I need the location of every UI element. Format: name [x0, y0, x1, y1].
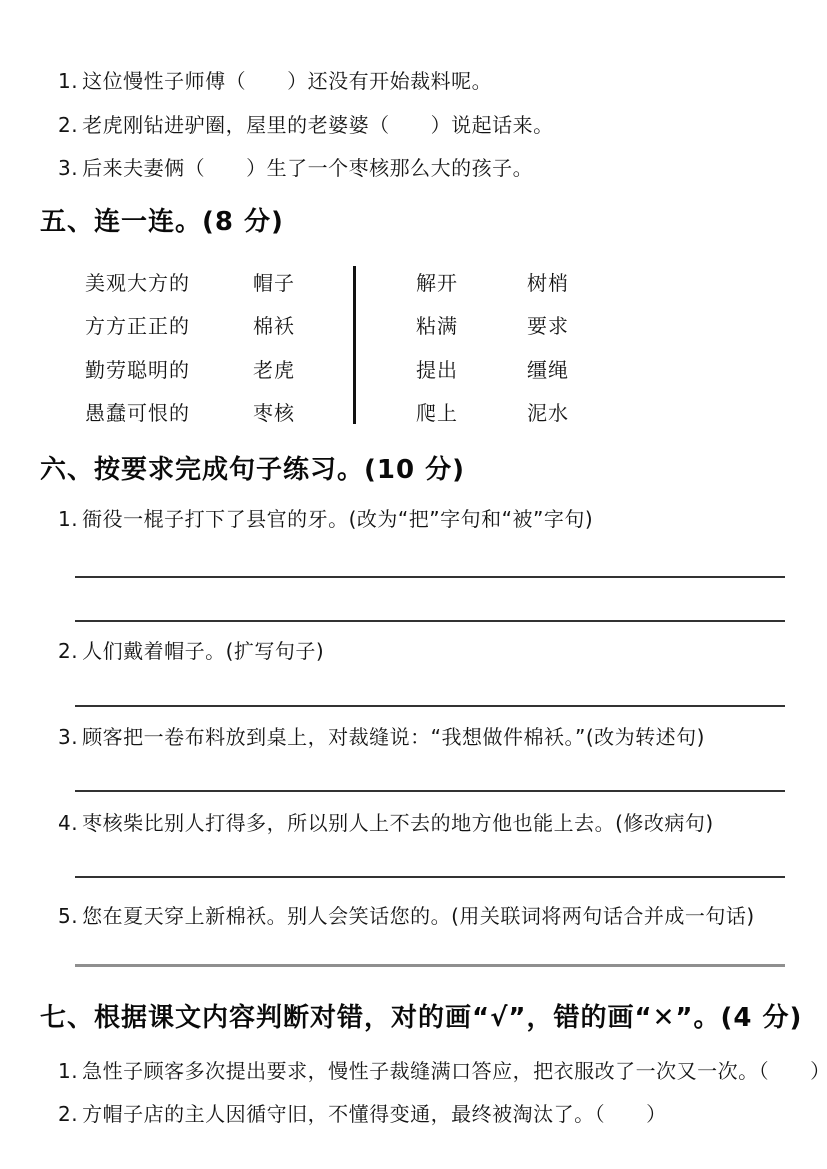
item-text: 老虎刚钻进驴圈，屋里的老婆婆（ ）说起话来。 [82, 113, 554, 137]
answer-line-1 [75, 576, 785, 578]
item-text: 顾客把一卷布料放到桌上，对裁缝说：“我想做件棉袄。”(改为转述句) [82, 725, 705, 749]
fill-blank-item-1: 1.这位慢性子师傅（ ）还没有开始裁料呢。 [58, 68, 492, 94]
match-object: 缰绳 [527, 357, 569, 383]
fill-blank-item-2: 2.老虎刚钻进驴圈，屋里的老婆婆（ ）说起话来。 [58, 112, 554, 138]
item-number: 3. [58, 725, 78, 749]
answer-line-3 [75, 705, 785, 707]
sentence-item-4: 4.枣核柴比别人打得多，所以别人上不去的地方他也能上去。(修改病句) [58, 810, 714, 836]
match-word: 老虎 [253, 357, 295, 383]
item-text: 急性子顾客多次提出要求，慢性子裁缝满口答应，把衣服改了一次又一次。（ ） [82, 1059, 827, 1083]
judge-item-2: 2.方帽子店的主人因循守旧，不懂得变通，最终被淘汰了。（ ） [58, 1101, 667, 1127]
answer-line-2 [75, 620, 785, 622]
item-number: 1. [58, 507, 78, 531]
answer-line-4 [75, 790, 785, 792]
item-number: 2. [58, 113, 78, 137]
match-phrase: 愚蠢可恨的 [85, 400, 190, 426]
item-number: 1. [58, 1059, 78, 1083]
sentence-item-3: 3.顾客把一卷布料放到桌上，对裁缝说：“我想做件棉袄。”(改为转述句) [58, 724, 705, 750]
fill-blank-item-3: 3.后来夫妻俩（ ）生了一个枣核那么大的孩子。 [58, 155, 533, 181]
section6-title: 六、按要求完成句子练习。(10 分) [40, 454, 465, 486]
sentence-item-5: 5.您在夏天穿上新棉袄。别人会笑话您的。(用关联词将两句话合并成一句话) [58, 903, 755, 929]
match-object: 泥水 [527, 400, 569, 426]
item-text: 人们戴着帽子。(扩写句子) [82, 639, 324, 663]
item-number: 5. [58, 904, 78, 928]
answer-line-6 [75, 964, 785, 967]
item-number: 2. [58, 639, 78, 663]
item-text: 这位慢性子师傅（ ）还没有开始裁料呢。 [82, 69, 492, 93]
sentence-item-2: 2.人们戴着帽子。(扩写句子) [58, 638, 324, 664]
match-word: 棉袄 [253, 313, 295, 339]
match-row-3: 勤劳聪明的 老虎 提出 缰绳 [85, 357, 705, 383]
item-number: 4. [58, 811, 78, 835]
item-number: 1. [58, 69, 78, 93]
item-number: 2. [58, 1102, 78, 1126]
answer-line-5 [75, 876, 785, 878]
item-number: 3. [58, 156, 78, 180]
match-phrase: 勤劳聪明的 [85, 357, 190, 383]
match-word: 帽子 [253, 270, 295, 296]
match-phrase: 方方正正的 [85, 313, 190, 339]
match-verb: 提出 [416, 357, 458, 383]
matching-exercise: 美观大方的 帽子 解开 树梢 方方正正的 棉袄 粘满 要求 勤劳聪明的 老虎 提… [85, 270, 705, 430]
item-text: 您在夏天穿上新棉袄。别人会笑话您的。(用关联词将两句话合并成一句话) [82, 904, 755, 928]
match-object: 要求 [527, 313, 569, 339]
match-phrase: 美观大方的 [85, 270, 190, 296]
exam-paper-page: 1.这位慢性子师傅（ ）还没有开始裁料呢。 2.老虎刚钻进驴圈，屋里的老婆婆（ … [0, 0, 827, 1169]
match-verb: 粘满 [416, 313, 458, 339]
section5-title: 五、连一连。(8 分) [40, 206, 284, 238]
match-verb: 解开 [416, 270, 458, 296]
judge-item-1: 1.急性子顾客多次提出要求，慢性子裁缝满口答应，把衣服改了一次又一次。（ ） [58, 1058, 827, 1084]
match-row-4: 愚蠢可恨的 枣核 爬上 泥水 [85, 400, 705, 426]
match-verb: 爬上 [416, 400, 458, 426]
section7-title: 七、根据课文内容判断对错，对的画“√”，错的画“✕”。(4 分) [40, 1002, 802, 1034]
match-column-divider [353, 266, 356, 424]
sentence-item-1: 1.衙役一棍子打下了县官的牙。(改为“把”字句和“被”字句) [58, 506, 593, 532]
match-object: 树梢 [527, 270, 569, 296]
match-word: 枣核 [253, 400, 295, 426]
item-text: 衙役一棍子打下了县官的牙。(改为“把”字句和“被”字句) [82, 507, 593, 531]
item-text: 后来夫妻俩（ ）生了一个枣核那么大的孩子。 [82, 156, 533, 180]
item-text: 枣核柴比别人打得多，所以别人上不去的地方他也能上去。(修改病句) [82, 811, 714, 835]
item-text: 方帽子店的主人因循守旧，不懂得变通，最终被淘汰了。（ ） [82, 1102, 667, 1126]
match-row-2: 方方正正的 棉袄 粘满 要求 [85, 313, 705, 339]
match-row-1: 美观大方的 帽子 解开 树梢 [85, 270, 705, 296]
